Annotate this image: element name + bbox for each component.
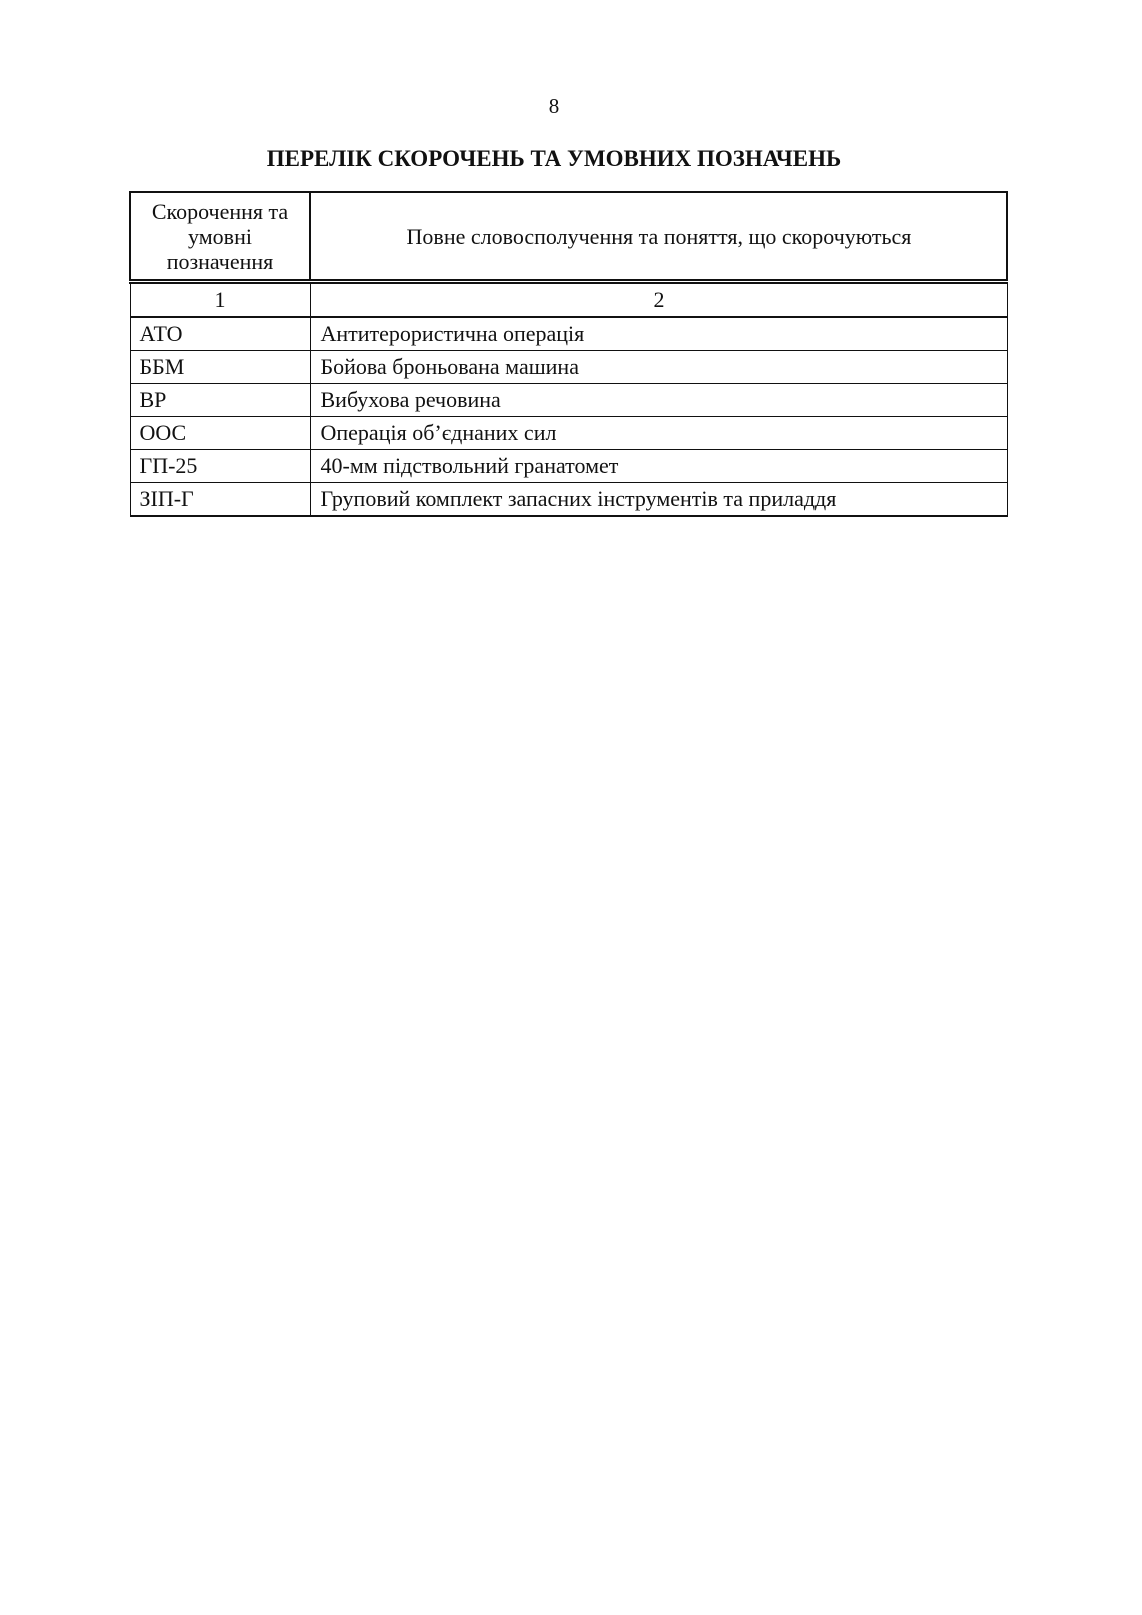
full-term-cell: Груповий комплект запасних інструментів … (310, 483, 1007, 517)
full-term-cell: Операція об’єднаних сил (310, 417, 1007, 450)
abbreviation-cell: ГП-25 (130, 450, 310, 483)
abbreviation-cell: АТО (130, 317, 310, 351)
abbreviations-table: Скорочення та умовні позначення Повне сл… (129, 191, 1008, 517)
full-term-cell: Антитерористична операція (310, 317, 1007, 351)
header-abbreviation: Скорочення та умовні позначення (130, 192, 310, 282)
table-header-row: Скорочення та умовні позначення Повне сл… (130, 192, 1007, 282)
table-row: ЗІП-Г Груповий комплект запасних інструм… (130, 483, 1007, 517)
column-number: 1 (130, 282, 310, 318)
table-row: ВР Вибухова речовина (130, 384, 1007, 417)
page-number: 8 (0, 94, 1108, 119)
page-title: ПЕРЕЛІК СКОРОЧЕНЬ ТА УМОВНИХ ПОЗНАЧЕНЬ (0, 146, 1108, 172)
abbreviation-cell: ООС (130, 417, 310, 450)
column-number: 2 (310, 282, 1007, 318)
column-number-row: 1 2 (130, 282, 1007, 318)
full-term-cell: Бойова броньована машина (310, 351, 1007, 384)
table-row: ГП-25 40-мм підствольний гранатомет (130, 450, 1007, 483)
abbreviation-cell: ЗІП-Г (130, 483, 310, 517)
table-row: ББМ Бойова броньована машина (130, 351, 1007, 384)
table-row: ООС Операція об’єднаних сил (130, 417, 1007, 450)
full-term-cell: 40-мм підствольний гранатомет (310, 450, 1007, 483)
full-term-cell: Вибухова речовина (310, 384, 1007, 417)
abbreviation-cell: ББМ (130, 351, 310, 384)
table-row: АТО Антитерористична операція (130, 317, 1007, 351)
header-full-term: Повне словосполучення та поняття, що ско… (310, 192, 1007, 282)
abbreviation-cell: ВР (130, 384, 310, 417)
